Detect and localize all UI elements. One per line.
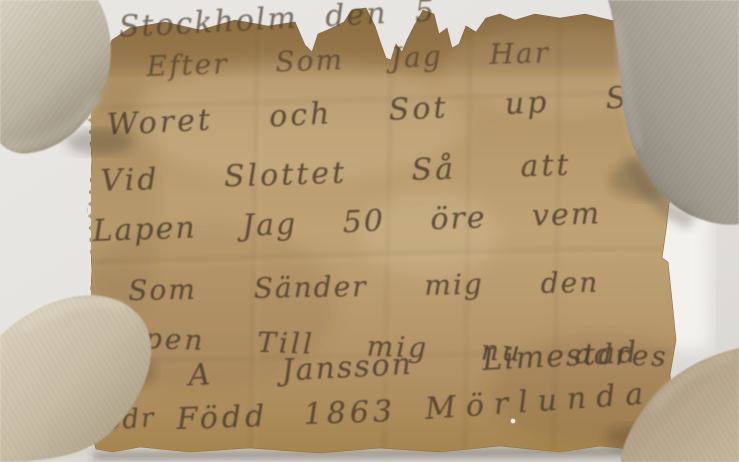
letter-photograph: Stockholm den 5 Efter Som Jag Har Woret … xyxy=(0,0,739,462)
glove-bottom-left-finger xyxy=(0,295,151,462)
shadow-top-left-finger xyxy=(66,129,134,155)
glove-bottom-right-hand xyxy=(621,348,739,462)
gloved-hands-layer xyxy=(0,0,739,462)
